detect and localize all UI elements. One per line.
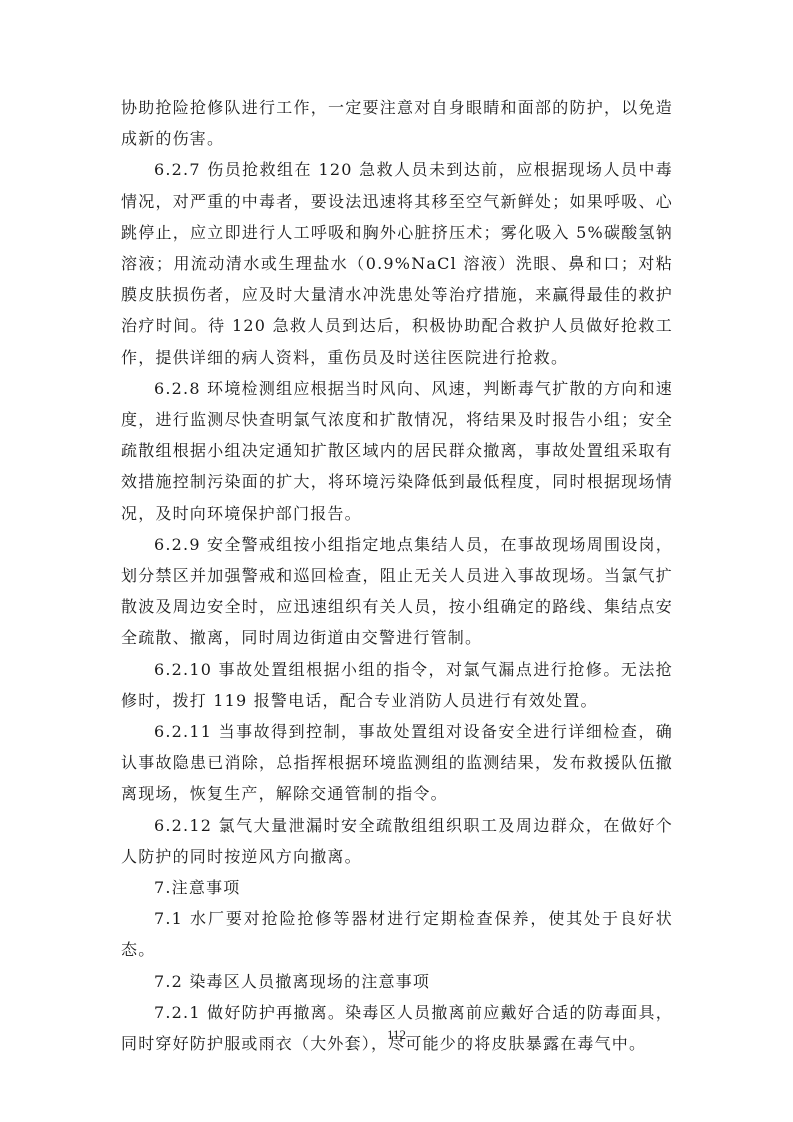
paragraph-6-2-11: 6.2.11 当事故得到控制，事故处置组对设备安全进行详细检查，确认事故隐患已消… bbox=[121, 716, 673, 810]
page-number: 112 bbox=[0, 1027, 793, 1043]
paragraph-6-2-10: 6.2.10 事故处置组根据小组的指令，对氯气漏点进行抢修。无法抢修时，拨打 1… bbox=[121, 654, 673, 716]
paragraph-6-2-9: 6.2.9 安全警戒组按小组指定地点集结人员，在事故现场周围设岗，划分禁区并加强… bbox=[121, 529, 673, 654]
section-heading-7: 7.注意事项 bbox=[121, 872, 673, 903]
subsection-heading-7-2: 7.2 染毒区人员撤离现场的注意事项 bbox=[121, 966, 673, 997]
paragraph-continuation: 协助抢险抢修队进行工作，一定要注意对自身眼睛和面部的防护，以免造成新的伤害。 bbox=[121, 92, 673, 154]
paragraph-6-2-12: 6.2.12 氯气大量泄漏时安全疏散组组织职工及周边群众，在做好个人防护的同时按… bbox=[121, 810, 673, 872]
paragraph-6-2-8: 6.2.8 环境检测组应根据当时风向、风速，判断毒气扩散的方向和速度，进行监测尽… bbox=[121, 373, 673, 529]
document-page: 协助抢险抢修队进行工作，一定要注意对自身眼睛和面部的防护，以免造成新的伤害。 6… bbox=[121, 92, 673, 1059]
paragraph-6-2-7: 6.2.7 伤员抢救组在 120 急救人员未到达前，应根据现场人员中毒情况，对严… bbox=[121, 154, 673, 372]
paragraph-7-1: 7.1 水厂要对抢险抢修等器材进行定期检查保养，使其处于良好状态。 bbox=[121, 903, 673, 965]
